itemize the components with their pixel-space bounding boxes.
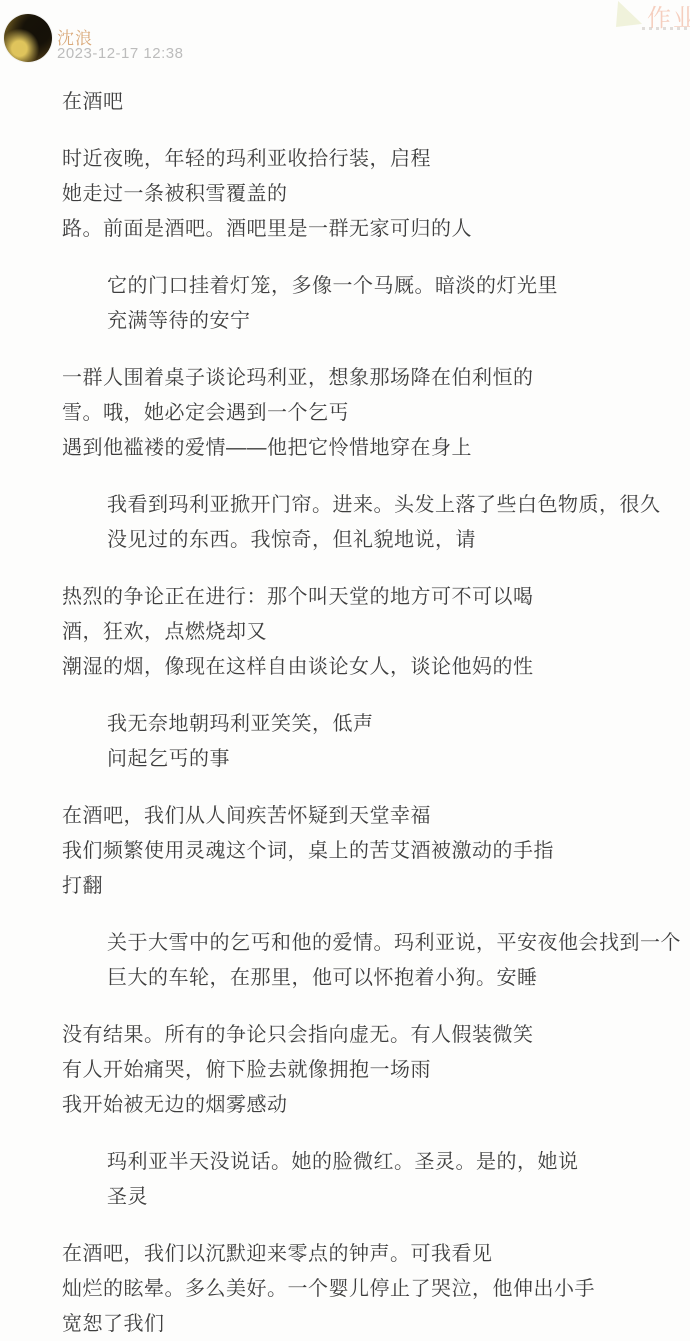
poem-stanza: 热烈的争论正在进行：那个叫天堂的地方可不可以喝酒，狂欢，点燃烧却又潮湿的烟，像现… <box>62 580 682 685</box>
poem-stanza: 它的门口挂着灯笼，多像一个马厩。暗淡的灯光里充满等待的安宁 <box>62 269 682 339</box>
poem-body: 时近夜晚，年轻的玛利亚收拾行装，启程她走过一条被积雪覆盖的路。前面是酒吧。酒吧里… <box>62 142 682 1341</box>
poem-line: 她走过一条被积雪覆盖的 <box>62 177 682 212</box>
poem-line: 充满等待的安宁 <box>107 304 682 339</box>
poem-stanza: 时近夜晚，年轻的玛利亚收拾行装，启程她走过一条被积雪覆盖的路。前面是酒吧。酒吧里… <box>62 142 682 247</box>
poem-line: 它的门口挂着灯笼，多像一个马厩。暗淡的灯光里 <box>107 269 682 304</box>
watermark-small-text <box>642 27 688 30</box>
poem-stanza: 我看到玛利亚掀开门帘。进来。头发上落了些白色物质，很久没见过的东西。我惊奇，但礼… <box>62 488 682 558</box>
watermark: 作业 <box>610 0 690 36</box>
avatar[interactable] <box>4 14 52 62</box>
poem-title: 在酒吧 <box>62 85 682 120</box>
poem-stanza: 玛利亚半天没说话。她的脸微红。圣灵。是的，她说圣灵 <box>62 1145 682 1215</box>
poem-line: 宽恕了我们 <box>62 1307 682 1341</box>
post-content: 在酒吧 时近夜晚，年轻的玛利亚收拾行装，启程她走过一条被积雪覆盖的路。前面是酒吧… <box>62 85 682 1341</box>
post-timestamp: 2023-12-17 12:38 <box>57 45 183 62</box>
poem-line: 遇到他褴褛的爱情——他把它怜惜地穿在身上 <box>62 431 682 466</box>
post-page: 作业 沈浪 2023-12-17 12:38 在酒吧 时近夜晚，年轻的玛利亚收拾… <box>0 0 690 1341</box>
poem-stanza: 在酒吧，我们以沉默迎来零点的钟声。可我看见灿烂的眩晕。多么美好。一个婴儿停止了哭… <box>62 1237 682 1341</box>
poem-line: 我无奈地朝玛利亚笑笑，低声 <box>107 707 682 742</box>
poem-line: 圣灵 <box>107 1180 682 1215</box>
poem-stanza: 一群人围着桌子谈论玛利亚，想象那场降在伯利恒的雪。哦，她必定会遇到一个乞丐遇到他… <box>62 361 682 466</box>
poem-line: 潮湿的烟，像现在这样自由谈论女人，谈论他妈的性 <box>62 650 682 685</box>
poem-stanza: 没有结果。所有的争论只会指向虚无。有人假装微笑有人开始痛哭，俯下脸去就像拥抱一场… <box>62 1018 682 1123</box>
poem-line: 我开始被无边的烟雾感动 <box>62 1088 682 1123</box>
poem-line: 有人开始痛哭，俯下脸去就像拥抱一场雨 <box>62 1053 682 1088</box>
poem-line: 时近夜晚，年轻的玛利亚收拾行装，启程 <box>62 142 682 177</box>
poem-line: 路。前面是酒吧。酒吧里是一群无家可归的人 <box>62 212 682 247</box>
poem-line: 在酒吧，我们以沉默迎来零点的钟声。可我看见 <box>62 1237 682 1272</box>
poem-line: 在酒吧，我们从人间疾苦怀疑到天堂幸福 <box>62 799 682 834</box>
poem-line: 没有结果。所有的争论只会指向虚无。有人假装微笑 <box>62 1018 682 1053</box>
poem-stanza: 关于大雪中的乞丐和他的爱情。玛利亚说，平安夜他会找到一个巨大的车轮，在那里，他可… <box>62 926 682 996</box>
poem-line: 玛利亚半天没说话。她的脸微红。圣灵。是的，她说 <box>107 1145 682 1180</box>
poem-line: 问起乞丐的事 <box>107 742 682 777</box>
poem-line: 我们频繁使用灵魂这个词，桌上的苦艾酒被激动的手指 <box>62 834 682 869</box>
poem-stanza: 我无奈地朝玛利亚笑笑，低声问起乞丐的事 <box>62 707 682 777</box>
poem-line: 关于大雪中的乞丐和他的爱情。玛利亚说，平安夜他会找到一个 <box>107 926 682 961</box>
poem-line: 热烈的争论正在进行：那个叫天堂的地方可不可以喝 <box>62 580 682 615</box>
poem-line: 酒，狂欢，点燃烧却又 <box>62 615 682 650</box>
poem-line: 我看到玛利亚掀开门帘。进来。头发上落了些白色物质，很久 <box>107 488 682 523</box>
poem-line: 灿烂的眩晕。多么美好。一个婴儿停止了哭泣，他伸出小手 <box>62 1272 682 1307</box>
poem-line: 一群人围着桌子谈论玛利亚，想象那场降在伯利恒的 <box>62 361 682 396</box>
watermark-triangle-icon <box>616 1 642 27</box>
poem-line: 没见过的东西。我惊奇，但礼貌地说，请 <box>107 523 682 558</box>
poem-stanza: 在酒吧，我们从人间疾苦怀疑到天堂幸福我们频繁使用灵魂这个词，桌上的苦艾酒被激动的… <box>62 799 682 904</box>
poem-line: 打翻 <box>62 869 682 904</box>
poem-line: 雪。哦，她必定会遇到一个乞丐 <box>62 396 682 431</box>
poem-line: 巨大的车轮，在那里，他可以怀抱着小狗。安睡 <box>107 961 682 996</box>
